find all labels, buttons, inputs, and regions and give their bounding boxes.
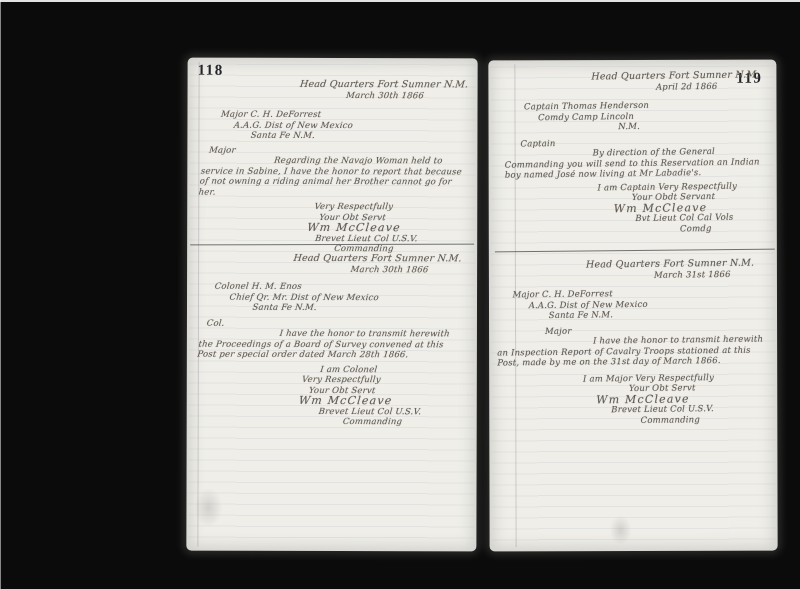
- addressee-line: Major C. H. DeForrest: [192, 110, 483, 121]
- left-page: 118 Head Quarters Fort Sumner N.M. March…: [186, 58, 477, 552]
- addressee-line: Colonel H. M. Enos: [192, 282, 483, 293]
- right-page: 119 Head Quarters Fort Sumner N.M. April…: [488, 60, 777, 552]
- letter-date: March 30th 1866: [194, 90, 485, 101]
- letter-heading: Head Quarters Fort Sumner N.M.: [196, 80, 487, 91]
- closing-line: Very Respectfully: [182, 202, 473, 213]
- letter-body: I have the honor to transmit herewith an…: [489, 334, 777, 369]
- letter-body: By direction of the General Commanding y…: [489, 146, 777, 181]
- left-letter-1: Head Quarters Fort Sumner N.M. March 30t…: [178, 80, 487, 255]
- salutation: Col.: [188, 318, 479, 329]
- smudge: [610, 515, 632, 545]
- letter-heading: Head Quarters Fort Sumner N.M.: [195, 254, 486, 265]
- right-letter-2: Head Quarters Fort Sumner N.M. March 31s…: [488, 258, 778, 427]
- smudge: [194, 488, 222, 528]
- addressee-line: A.A.G. Dist of New Mexico: [191, 120, 482, 131]
- closing-line: Commanding: [178, 417, 469, 428]
- addressee-line: Chief Qr. Mr. Dist of New Mexico: [191, 292, 482, 303]
- letter-body: Regarding the Navajo Woman held to servi…: [184, 156, 479, 199]
- letter-divider: [495, 249, 775, 253]
- addressee-line: Santa Fe N.M.: [190, 131, 481, 142]
- closing-line: Very Respectfully: [182, 375, 473, 386]
- film-edge-left: [0, 0, 1, 589]
- signature: Wm McCleave: [180, 223, 471, 234]
- letter-date: March 30th 1866: [194, 264, 485, 275]
- film-edge-top: [0, 0, 800, 2]
- closing-line: I am Colonel: [183, 364, 474, 375]
- salutation: Major: [189, 145, 480, 156]
- letter-body: I have the honor to transmit herewith th…: [185, 329, 478, 361]
- closing-line: Commanding: [490, 414, 778, 428]
- right-letter-1: Head Quarters Fort Sumner N.M. April 2d …: [488, 70, 778, 237]
- left-letter-2: Head Quarters Fort Sumner N.M. March 30t…: [178, 254, 487, 428]
- left-page-number: 118: [198, 63, 224, 80]
- closing-line: Brevet Lieut Col U.S.V.: [179, 233, 470, 244]
- letter-date: March 31st 1866: [488, 269, 776, 283]
- addressee-line: Santa Fe N.M.: [489, 308, 777, 322]
- signature: Wm McCleave: [180, 396, 471, 407]
- addressee-line: Santa Fe N.M.: [190, 303, 481, 314]
- closing-line: Brevet Lieut Col U.S.V.: [179, 406, 470, 417]
